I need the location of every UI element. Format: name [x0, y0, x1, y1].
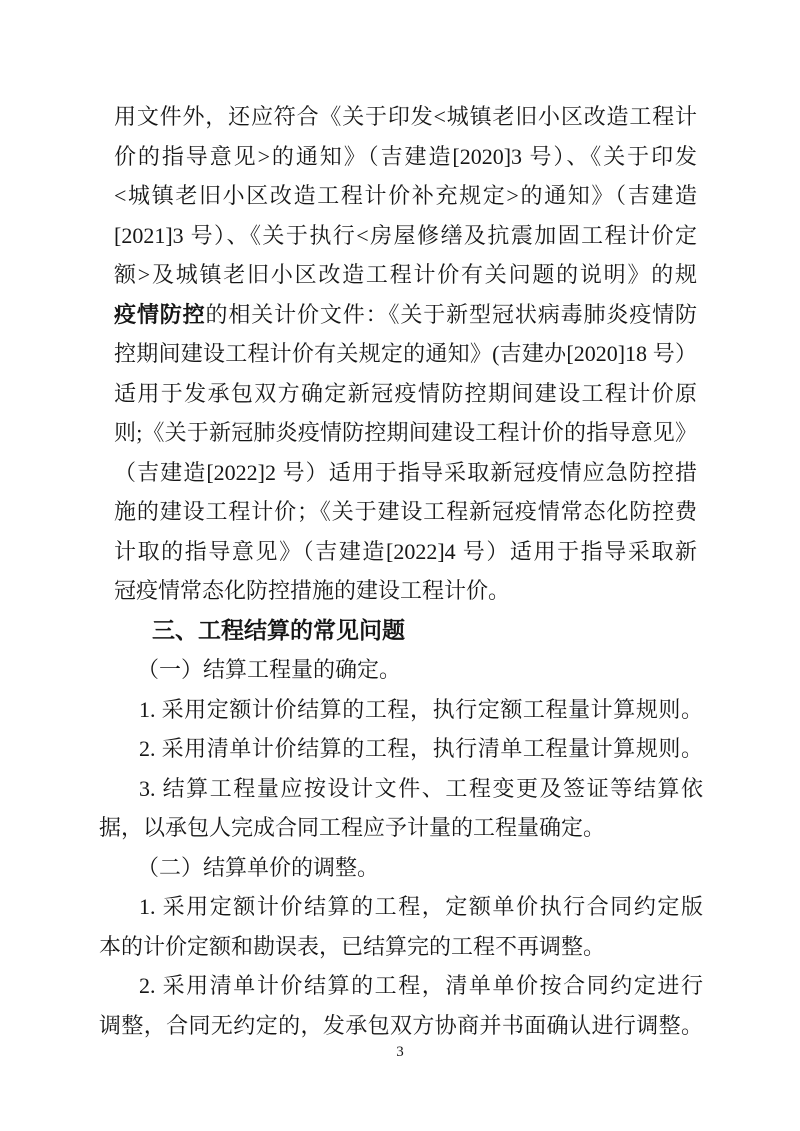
document-page: 用文件外，还应符合《关于印发<城镇老旧小区改造工程计价的指导意见>的通知》（吉建… — [0, 0, 800, 1131]
heading-section-three: 三、工程结算的常见问题 — [99, 611, 703, 651]
text-run: （吉建造[2022]2 号）适用于指导采取新冠疫情应急防控措 — [114, 460, 697, 485]
text-run: 调整，合同无约定的，发承包双方协商并书面确认进行调整。 — [99, 1013, 703, 1038]
document-body: 用文件外，还应符合《关于印发<城镇老旧小区改造工程计价的指导意见>的通知》（吉建… — [99, 97, 703, 1045]
text-run: 1. 采用定额计价结算的工程，定额单价执行合同约定版 — [139, 894, 703, 919]
text-line: 3. 结算工程量应按设计文件、工程变更及签证等结算依 — [99, 769, 703, 809]
text-run: （一）结算工程量的确定。 — [137, 657, 401, 682]
text-line: 调整，合同无约定的，发承包双方协商并书面确认进行调整。 — [99, 1006, 703, 1046]
text-line: 本的计价定额和勘误表，已结算完的工程不再调整。 — [99, 927, 703, 967]
text-run: 价的指导意见>的通知》（吉建造[2020]3 号）、《关于印发 — [114, 144, 697, 169]
text-line: 额>及城镇老旧小区改造工程计价有关问题的说明》的规定。 — [114, 255, 697, 295]
text-run: 三、工程结算的常见问题 — [152, 617, 405, 643]
text-line: （吉建造[2022]2 号）适用于指导采取新冠疫情应急防控措 — [114, 453, 697, 493]
text-run: 本的计价定额和勘误表，已结算完的工程不再调整。 — [99, 934, 605, 959]
para-unit-price-1: 1. 采用定额计价结算的工程，定额单价执行合同约定版本的计价定额和勘误表，已结算… — [99, 887, 703, 966]
text-line: 冠疫情常态化防控措施的建设工程计价。 — [114, 571, 697, 611]
text-run: 冠疫情常态化防控措施的建设工程计价。 — [114, 578, 510, 603]
text-line: 用文件外，还应符合《关于印发<城镇老旧小区改造工程计 — [114, 97, 697, 137]
text-run: 1. 采用定额计价结算的工程，执行定额工程量计算规则。 — [139, 697, 703, 722]
text-line: 2. 采用清单计价结算的工程，执行清单工程量计算规则。 — [99, 729, 703, 769]
para-item-2-list: 2. 采用清单计价结算的工程，执行清单工程量计算规则。 — [99, 729, 703, 769]
subheading-two: （二）结算单价的调整。 — [99, 848, 703, 888]
para-pricing-documents: 用文件外，还应符合《关于印发<城镇老旧小区改造工程计价的指导意见>的通知》（吉建… — [99, 97, 703, 611]
text-run: 适用于发承包双方确定新冠疫情防控期间建设工程计价原 — [114, 381, 697, 406]
text-line: 据，以承包人完成合同工程应予计量的工程量确定。 — [99, 808, 703, 848]
text-line: 则;《关于新冠肺炎疫情防控期间建设工程计价的指导意见》 — [114, 413, 697, 453]
text-run: 的相关计价文件：《关于新型冠状病毒肺炎疫情防 — [206, 302, 697, 327]
text-line: 适用于发承包双方确定新冠疫情防控期间建设工程计价原 — [114, 374, 697, 414]
text-line: （二）结算单价的调整。 — [99, 848, 703, 888]
text-line: 1. 采用定额计价结算的工程，定额单价执行合同约定版 — [99, 887, 703, 927]
text-run: 用文件外，还应符合《关于印发<城镇老旧小区改造工程计 — [114, 104, 697, 129]
subheading-one: （一）结算工程量的确定。 — [99, 650, 703, 690]
para-item-1-quota: 1. 采用定额计价结算的工程，执行定额工程量计算规则。 — [99, 690, 703, 730]
text-run: 施的建设工程计价；《关于建设工程新冠疫情常态化防控费 — [114, 499, 697, 524]
text-line: 三、工程结算的常见问题 — [99, 611, 703, 651]
text-line: 疫情防控的相关计价文件：《关于新型冠状病毒肺炎疫情防 — [114, 295, 697, 335]
text-line: 施的建设工程计价；《关于建设工程新冠疫情常态化防控费 — [114, 492, 697, 532]
text-line: <城镇老旧小区改造工程计价补充规定>的通知》（吉建造 — [114, 176, 697, 216]
text-run: （二）结算单价的调整。 — [137, 855, 379, 880]
text-run: <城镇老旧小区改造工程计价补充规定>的通知》（吉建造 — [114, 183, 697, 208]
text-run: 2. 采用清单计价结算的工程，清单单价按合同约定进行 — [139, 973, 703, 998]
text-run: 3. 结算工程量应按设计文件、工程变更及签证等结算依 — [139, 776, 703, 801]
text-line: 2. 采用清单计价结算的工程，清单单价按合同约定进行 — [99, 966, 703, 1006]
text-line: 1. 采用定额计价结算的工程，执行定额工程量计算规则。 — [99, 690, 703, 730]
text-line: 控期间建设工程计价有关规定的通知》(吉建办[2020]18 号） — [114, 334, 697, 374]
text-line: [2021]3 号）、《关于执行<房屋修缮及抗震加固工程计价定 — [114, 216, 697, 256]
text-run: 控期间建设工程计价有关规定的通知》(吉建办[2020]18 号） — [114, 341, 697, 366]
text-line: 价的指导意见>的通知》（吉建造[2020]3 号）、《关于印发 — [114, 137, 697, 177]
text-run: 额>及城镇老旧小区改造工程计价有关问题的说明》的规定。 — [114, 262, 697, 295]
text-run: 据，以承包人完成合同工程应予计量的工程量确定。 — [99, 815, 605, 840]
text-line: （一）结算工程量的确定。 — [99, 650, 703, 690]
text-run: 2. 采用清单计价结算的工程，执行清单工程量计算规则。 — [139, 736, 703, 761]
bold-text-run: 疫情防控 — [114, 302, 206, 327]
text-run: 计取的指导意见》（吉建造[2022]4 号）适用于指导采取新 — [114, 539, 697, 564]
text-run: [2021]3 号）、《关于执行<房屋修缮及抗震加固工程计价定 — [114, 223, 697, 248]
text-run: 则;《关于新冠肺炎疫情防控期间建设工程计价的指导意见》 — [114, 420, 697, 445]
text-line: 计取的指导意见》（吉建造[2022]4 号）适用于指导采取新 — [114, 532, 697, 572]
para-item-3-basis: 3. 结算工程量应按设计文件、工程变更及签证等结算依据，以承包人完成合同工程应予… — [99, 769, 703, 848]
para-unit-price-2: 2. 采用清单计价结算的工程，清单单价按合同约定进行调整，合同无约定的，发承包双… — [99, 966, 703, 1045]
page-number: 3 — [0, 1042, 800, 1062]
